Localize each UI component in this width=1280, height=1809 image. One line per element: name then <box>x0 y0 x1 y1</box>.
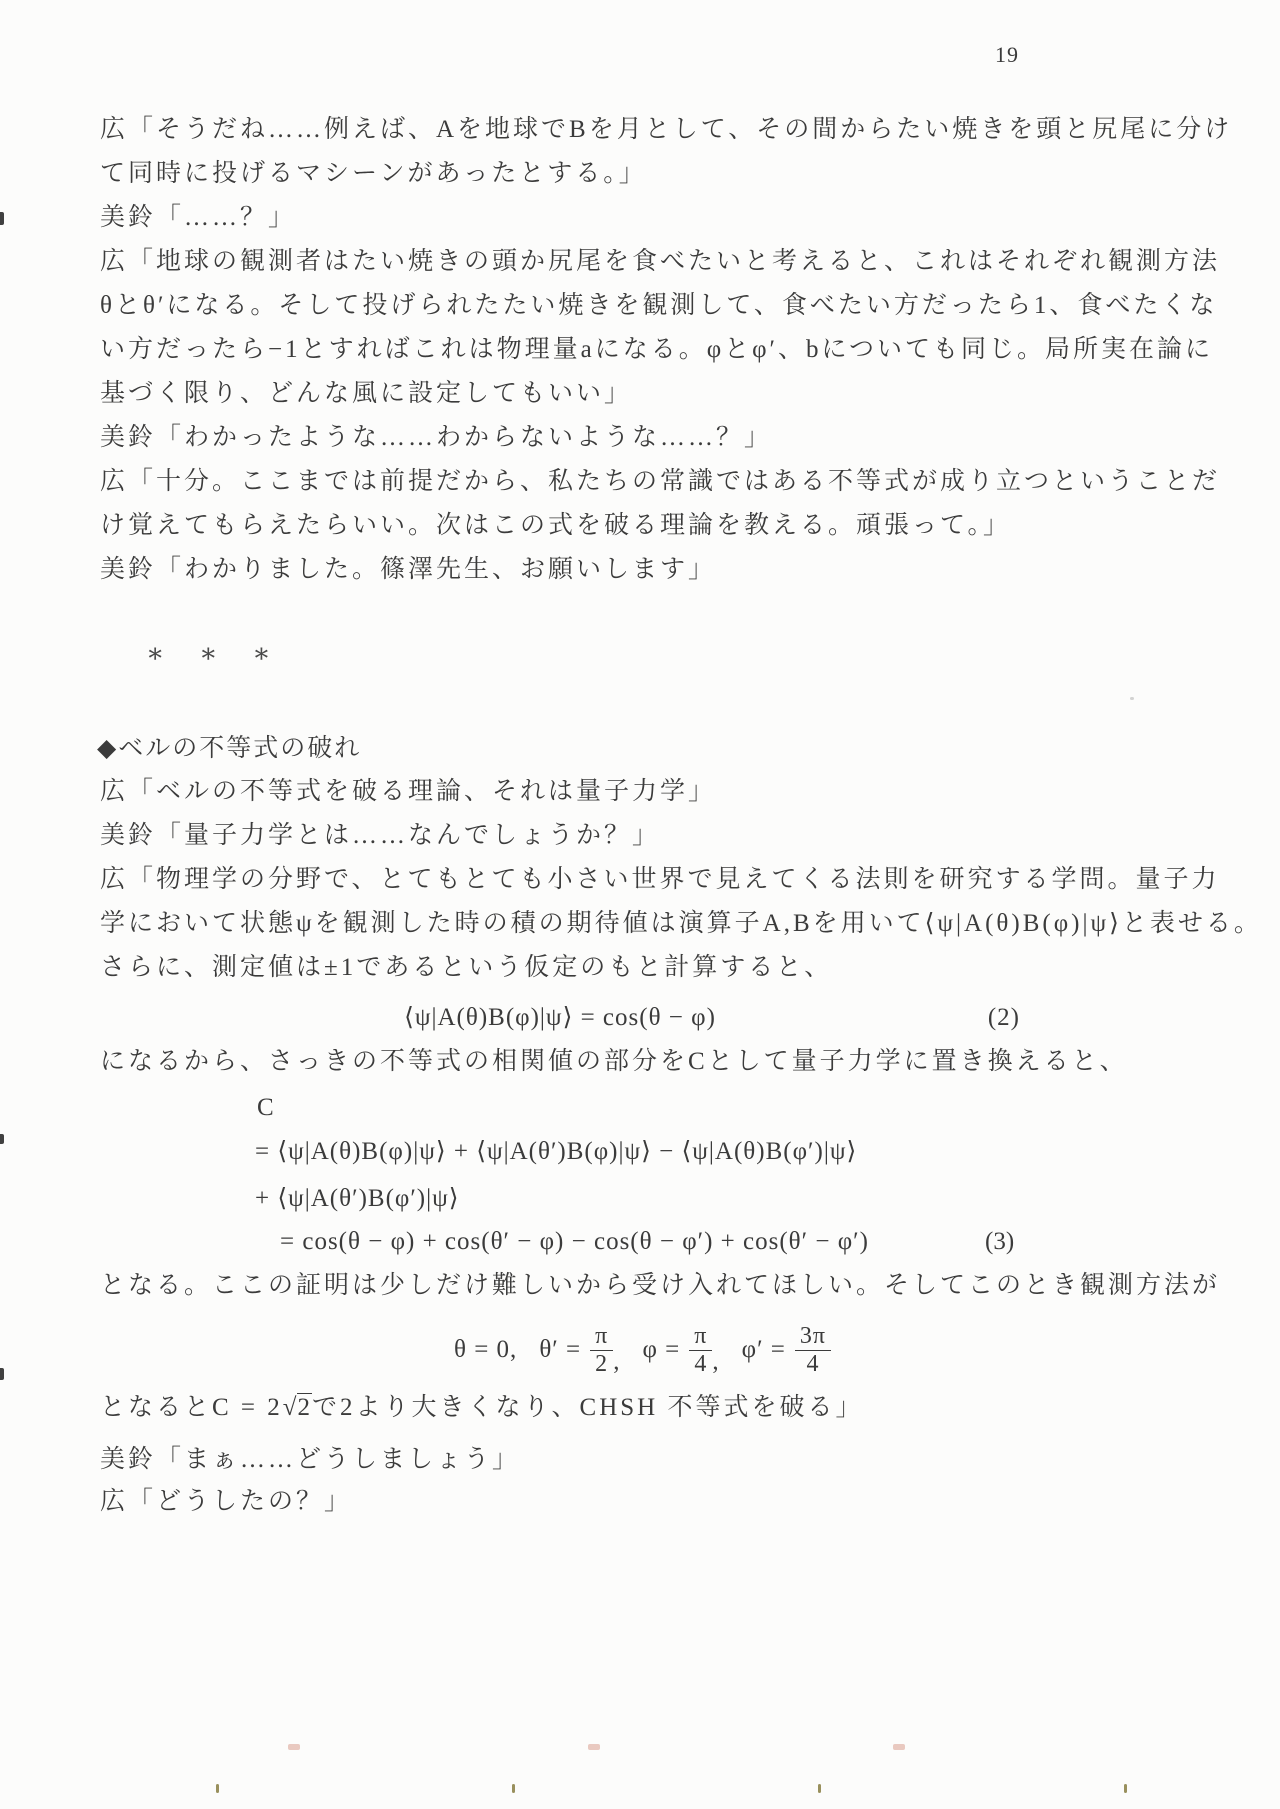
dialogue-line: 美鈴「わかったような……わからないような……？」 <box>100 416 772 460</box>
page-number: 19 <box>995 42 1019 68</box>
dialogue-line: 学において状態ψを観測した時の積の期待値は演算子A,Bを用いて⟨ψ|A(θ)B(… <box>100 902 1262 946</box>
paragraph-line: となる。ここの証明は少しだけ難しいから受け入れてほしい。そしてこのとき観測方法が <box>100 1264 1220 1308</box>
dialogue-line: 広「どうしたの？」 <box>100 1480 352 1524</box>
fraction-pi-over-2: π 2 <box>590 1323 613 1378</box>
sqrt-radicand: 2 <box>297 1393 313 1421</box>
dialogue-line: 美鈴「……？」 <box>100 196 296 240</box>
scan-speck <box>1124 1784 1127 1793</box>
dialogue-line: 美鈴「量子力学とは……なんでしょうか？」 <box>100 814 660 858</box>
scan-edge-mark <box>0 212 4 225</box>
dialogue-line: 広「十分。ここまでは前提だから、私たちの常識ではある不等式が成り立つということだ <box>100 460 1220 504</box>
conclusion-post: で2より大きくなり、CHSH 不等式を破る」 <box>312 1394 863 1421</box>
equation-3-line-expansion: = ⟨ψ|A(θ)B(φ)|ψ⟩ + ⟨ψ|A(θ′)B(φ)|ψ⟩ − ⟨ψ|… <box>255 1130 857 1174</box>
scan-edge-mark <box>0 1368 4 1380</box>
section-break-asterisks: ∗ ∗ ∗ <box>146 638 285 669</box>
fraction-3pi-over-4: 3π 4 <box>795 1323 831 1378</box>
section-heading: ◆ベルの不等式の破れ <box>97 727 361 771</box>
dialogue-line: 広「そうだね……例えば、Aを地球でBを月として、その間からたい焼きを頭と尻尾に分… <box>100 108 1232 152</box>
scan-speck <box>512 1784 515 1793</box>
equation-3-line-c: C <box>257 1086 275 1130</box>
conclusion-line: となるとC = 2√2で2より大きくなり、CHSH 不等式を破る」 <box>100 1386 863 1430</box>
phi-setting: φ = <box>642 1336 680 1364</box>
scan-speck <box>288 1744 300 1750</box>
scan-speck <box>893 1744 905 1750</box>
dialogue-line: 美鈴「まぁ……どうしましょう」 <box>100 1438 520 1482</box>
theta-prime-setting: θ′ = <box>539 1336 581 1364</box>
dialogue-line: 基づく限り、どんな風に設定してもいい」 <box>100 372 632 416</box>
equation-2-number: (2) <box>988 996 1020 1040</box>
conclusion-pre: となるとC = 2 <box>100 1394 283 1421</box>
scan-speck <box>1130 697 1134 700</box>
equation-2-row: ⟨ψ|A(θ)B(φ)|ψ⟩ = cos(θ − φ) (2) <box>100 996 1020 1040</box>
phi-prime-setting: φ′ = <box>742 1336 786 1364</box>
scan-speck <box>588 1744 600 1750</box>
dialogue-line: さらに、測定値は±1であるという仮定のもと計算すると、 <box>100 946 832 990</box>
dialogue-line: θとθ′になる。そして投げられたたい焼きを観測して、食べたい方だったら1、食べた… <box>100 284 1217 328</box>
dialogue-line: 広「物理学の分野で、とてもとても小さい世界で見えてくる法則を研究する学問。量子力 <box>100 858 1220 902</box>
dialogue-line: 広「ベルの不等式を破る理論、それは量子力学」 <box>100 770 716 814</box>
equation-angle-settings: θ = 0, θ′ = π 2 , φ = π 4 , φ′ = 3π 4 <box>100 1316 1185 1384</box>
equation-3-line-last-term: + ⟨ψ|A(θ′)B(φ′)|ψ⟩ <box>255 1177 460 1221</box>
dialogue-line: 美鈴「わかりました。篠澤先生、お願いします」 <box>100 548 716 592</box>
fraction-pi-over-4: π 4 <box>689 1323 712 1378</box>
dialogue-line: け覚えてもらえたらいい。次はこの式を破る理論を教える。頑張って。」 <box>100 504 1011 548</box>
scan-speck <box>216 1784 219 1793</box>
equation-3-number: (3) <box>985 1220 1014 1264</box>
theta-setting: θ = 0, <box>454 1336 517 1364</box>
sqrt-sign: √ <box>283 1394 297 1421</box>
scan-edge-mark <box>0 1134 4 1144</box>
dialogue-line: て同時に投げるマシーンがあったとする。」 <box>100 152 647 196</box>
dialogue-line: い方だったら−1とすればこれは物理量aになる。φとφ′、bについても同じ。局所実… <box>100 328 1213 372</box>
scanned-document-page: 19 広「そうだね……例えば、Aを地球でBを月として、その間からたい焼きを頭と尻… <box>0 0 1280 1809</box>
paragraph-line: になるから、さっきの不等式の相関値の部分をCとして量子力学に置き換えると、 <box>100 1040 1128 1084</box>
equation-2-body: ⟨ψ|A(θ)B(φ)|ψ⟩ = cos(θ − φ) <box>404 1004 716 1031</box>
equation-3-line-cos: = cos(θ − φ) + cos(θ′ − φ) − cos(θ − φ′)… <box>280 1220 869 1264</box>
comma: , <box>613 1348 620 1376</box>
comma: , <box>712 1348 719 1376</box>
scan-speck <box>818 1784 821 1793</box>
dialogue-line: 広「地球の観測者はたい焼きの頭か尻尾を食べたいと考えると、これはそれぞれ観測方法 <box>100 240 1220 284</box>
